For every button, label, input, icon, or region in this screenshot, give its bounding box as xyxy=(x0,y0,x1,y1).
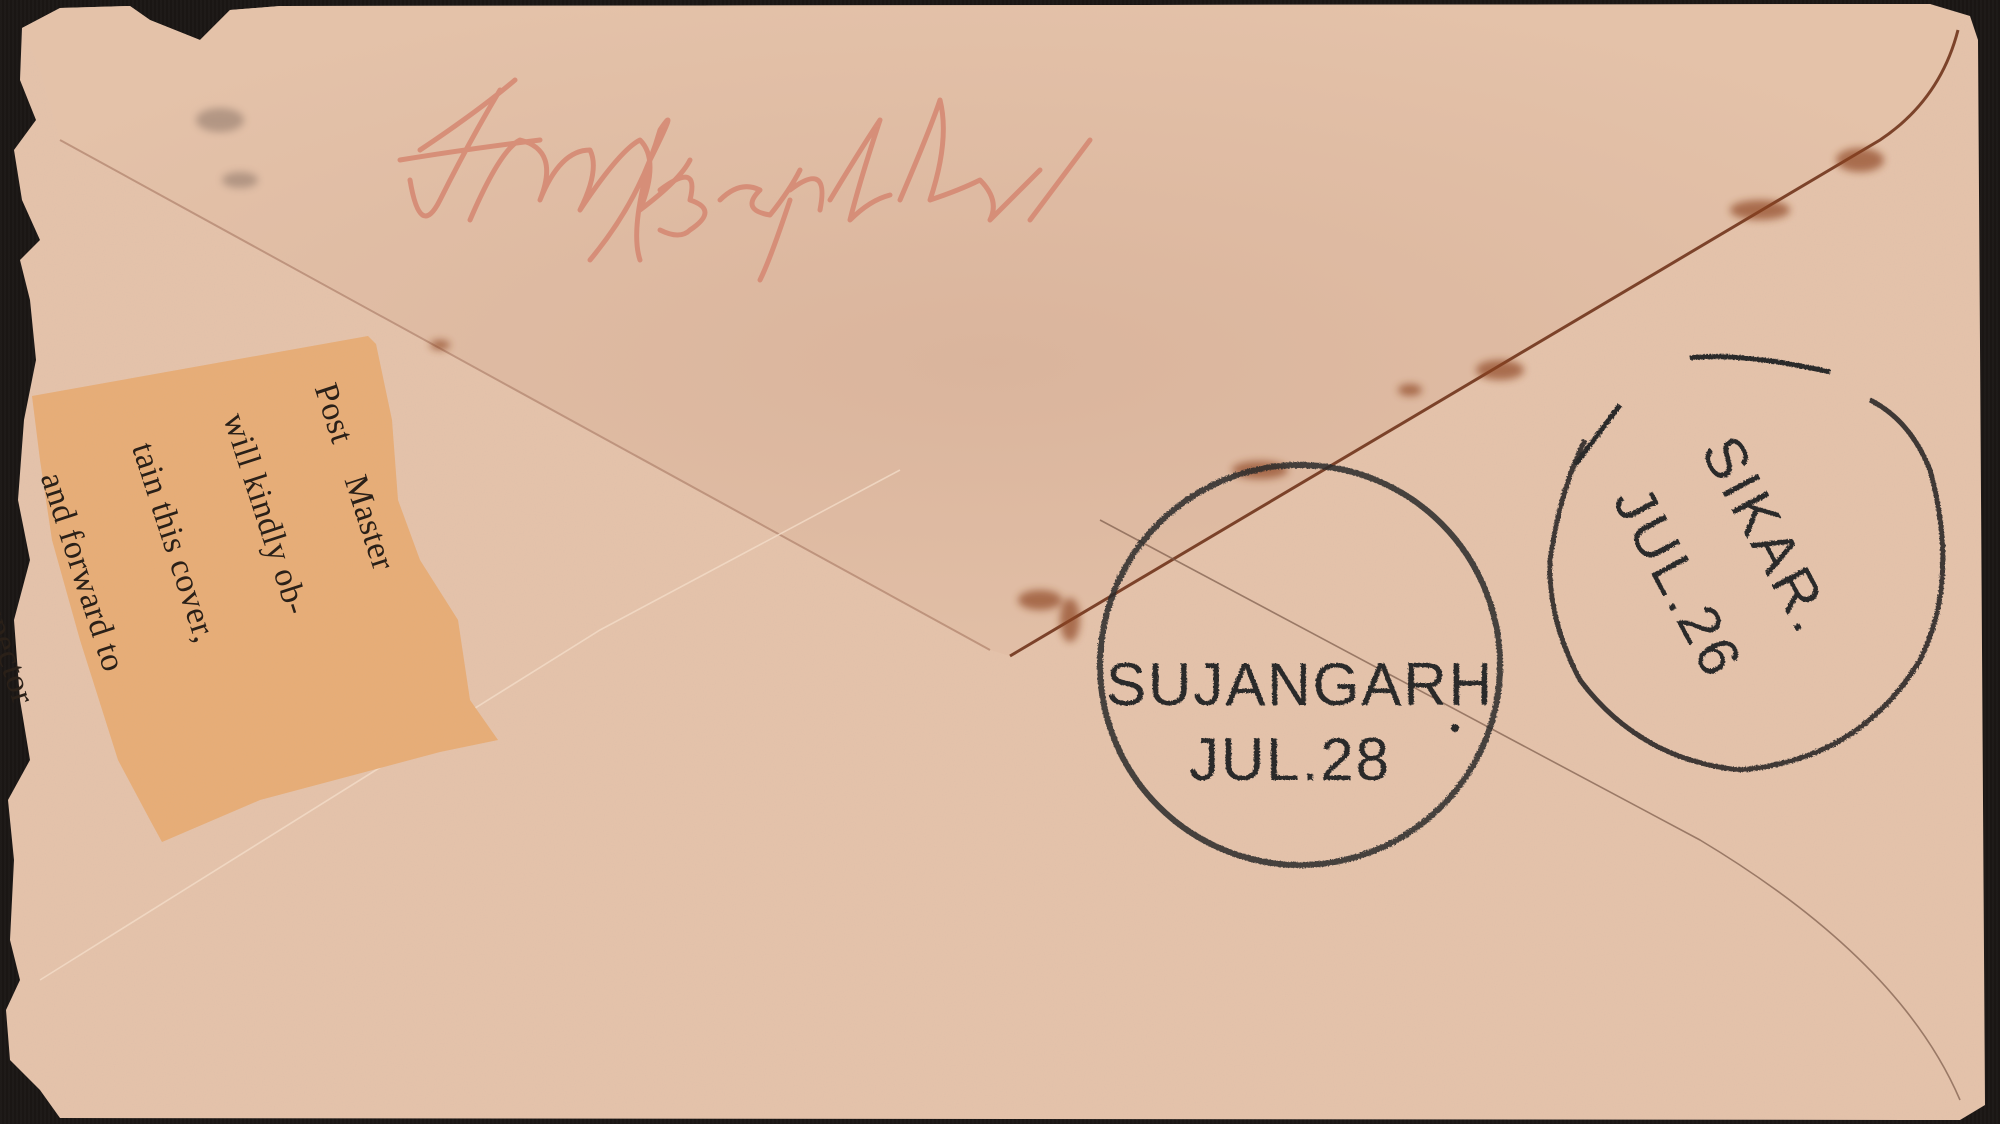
sujangarh-date: JUL.28 xyxy=(1189,726,1391,793)
envelope-back: Kom d B ep lut hoi SUJANGARH JUL.28 SIKA… xyxy=(0,0,2000,1124)
sujangarh-town: SUJANGARH xyxy=(1106,651,1494,718)
forwarding-label: Post Master will kindly ob- tain this co… xyxy=(30,348,482,788)
